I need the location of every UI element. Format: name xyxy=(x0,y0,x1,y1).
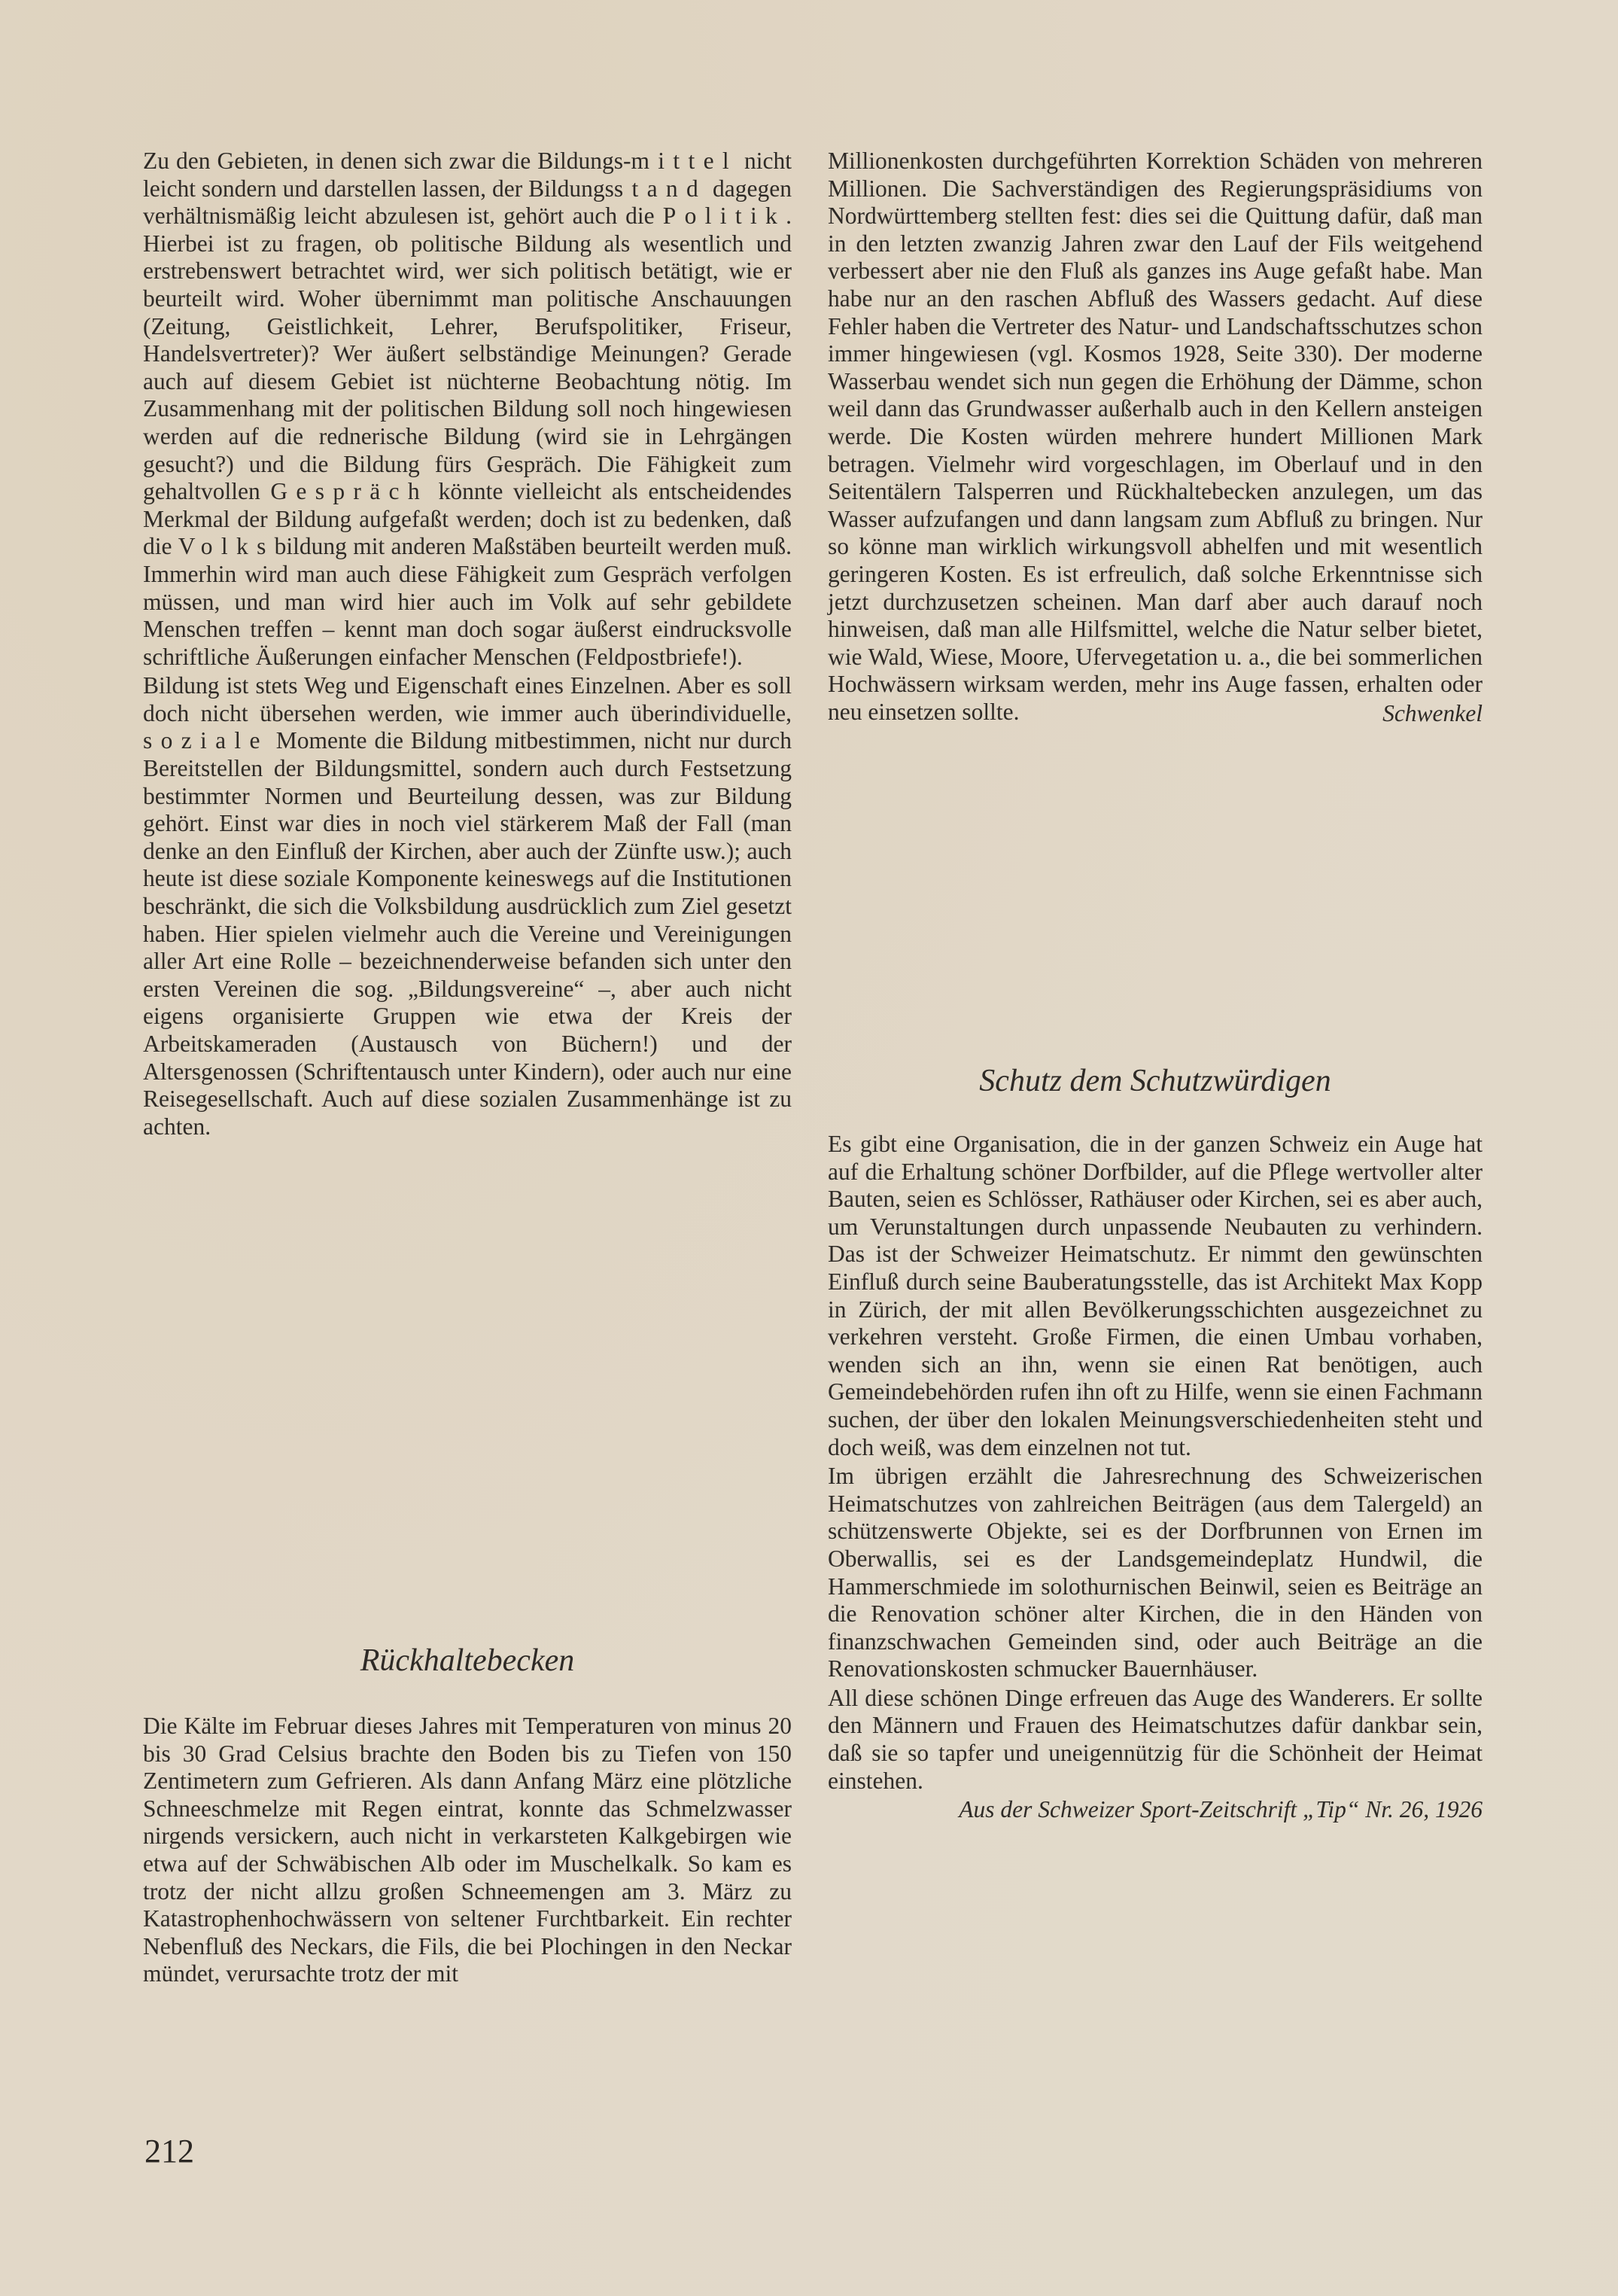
spaced-emphasis-mittel: mittel xyxy=(631,148,738,174)
article-paragraph-2: Im übrigen erzählt die Jahresrechnung de… xyxy=(828,1463,1483,1683)
spaced-emphasis-volks: Volks xyxy=(178,533,275,559)
right-column-continuation: Millionenkosten durchgeführten Korrektio… xyxy=(828,148,1483,727)
article-rueckhaltebecken-body: Die Kälte im Februar dieses Jahres mit T… xyxy=(143,1713,792,1990)
text-run: Momente die Bildung mitbestimmen, nicht … xyxy=(143,727,792,1139)
essay-paragraph-2: Bildung ist stets Weg und Eigenschaft ei… xyxy=(143,672,792,1140)
text-run: . Hierbei ist zu fragen, ob politische B… xyxy=(143,202,792,504)
article-paragraph: Die Kälte im Februar dieses Jahres mit T… xyxy=(143,1713,792,1988)
text-run: Zu den Gebieten, in denen sich zwar die … xyxy=(143,148,631,174)
article-schutz-body: Es gibt eine Organisation, die in der ga… xyxy=(828,1131,1483,1826)
spaced-emphasis-gespraech: Gespräch xyxy=(270,478,428,504)
article-paragraph-3: All diese schönen Dinge erfreuen das Aug… xyxy=(828,1685,1483,1795)
source-citation: Aus der Schweizer Sport-Zeitschrift „Tip… xyxy=(828,1796,1483,1824)
left-column-essay: Zu den Gebieten, in denen sich zwar die … xyxy=(143,148,792,1142)
text-run: Bildung ist stets Weg und Eigenschaft ei… xyxy=(143,672,792,726)
spaced-emphasis-soziale: soziale xyxy=(143,727,269,754)
article-paragraph-continued: Millionenkosten durchgeführten Korrektio… xyxy=(828,148,1483,726)
spaced-emphasis-stand: stand xyxy=(614,175,707,202)
spaced-emphasis-politik: Politik xyxy=(663,202,786,229)
article-title-schutz: Schutz dem Schutzwürdigen xyxy=(828,1063,1483,1099)
article-paragraph-1: Es gibt eine Organisation, die in der ga… xyxy=(828,1131,1483,1461)
essay-paragraph-1: Zu den Gebieten, in denen sich zwar die … xyxy=(143,148,792,671)
article-title-rueckhaltebecken: Rückhaltebecken xyxy=(143,1643,792,1679)
page-number: 212 xyxy=(144,2132,194,2170)
